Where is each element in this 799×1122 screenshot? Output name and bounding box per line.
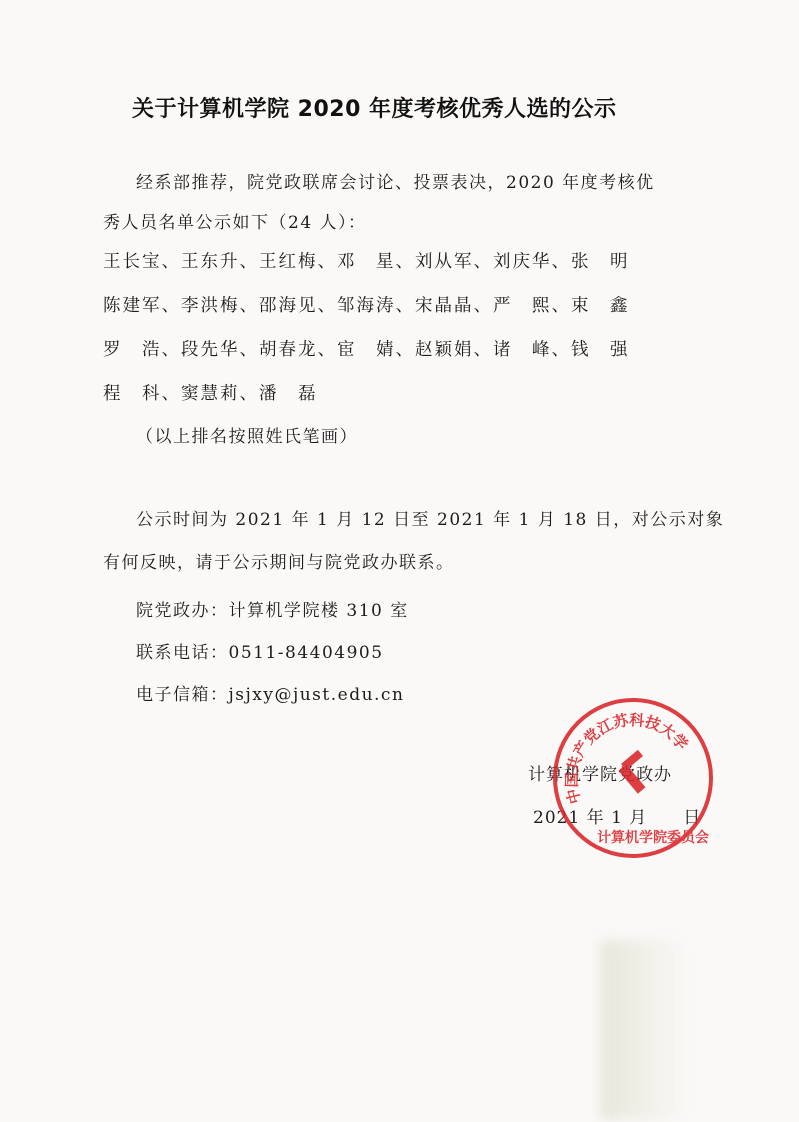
seal-text-bottom: 计算机学院委员会 [597,829,709,846]
hammer-sickle-icon [614,750,657,798]
intro-line-1: 经系部推荐，院党政联席会讨论、投票表决，2020 年度考核优 [136,168,655,193]
seal-text: 中国共产党江苏科技大学 [563,711,692,806]
svg-text:中国共产党江苏科技大学: 中国共产党江苏科技大学 [563,711,692,806]
period-line-2: 有何反映，请于公示期间与院党政办联系。 [103,548,455,573]
names-row-2: 陈建军、李洪梅、邵海见、邹海涛、宋晶晶、严 熙、束 鑫 [103,292,630,317]
names-row-3: 罗 浩、段先华、胡春龙、宦 婧、赵颖娟、诸 峰、钱 强 [103,336,630,361]
contact-phone: 联系电话：0511-84404905 [136,638,384,663]
paper-shadow [600,940,690,1120]
period-line-1: 公示时间为 2021 年 1 月 12 日至 2021 年 1 月 18 日，对… [136,505,724,530]
ordering-note: （以上排名按照姓氏笔画） [136,422,358,447]
intro-line-2: 秀人员名单公示如下（24 人）： [103,208,367,233]
names-row-4: 程 科、窦慧莉、潘 磊 [103,380,318,405]
contact-email: 电子信箱：jsjxy@just.edu.cn [136,680,404,705]
official-seal: 中国共产党江苏科技大学 计算机学院委员会 [553,698,713,858]
seal-graphic: 中国共产党江苏科技大学 计算机学院委员会 [557,702,709,854]
office-address: 院党政办：计算机学院楼 310 室 [136,596,409,621]
names-row-1: 王长宝、王东升、王红梅、邓 星、刘从军、刘庆华、张 明 [103,248,630,273]
document-title: 关于计算机学院 2020 年度考核优秀人选的公示 [132,92,617,123]
